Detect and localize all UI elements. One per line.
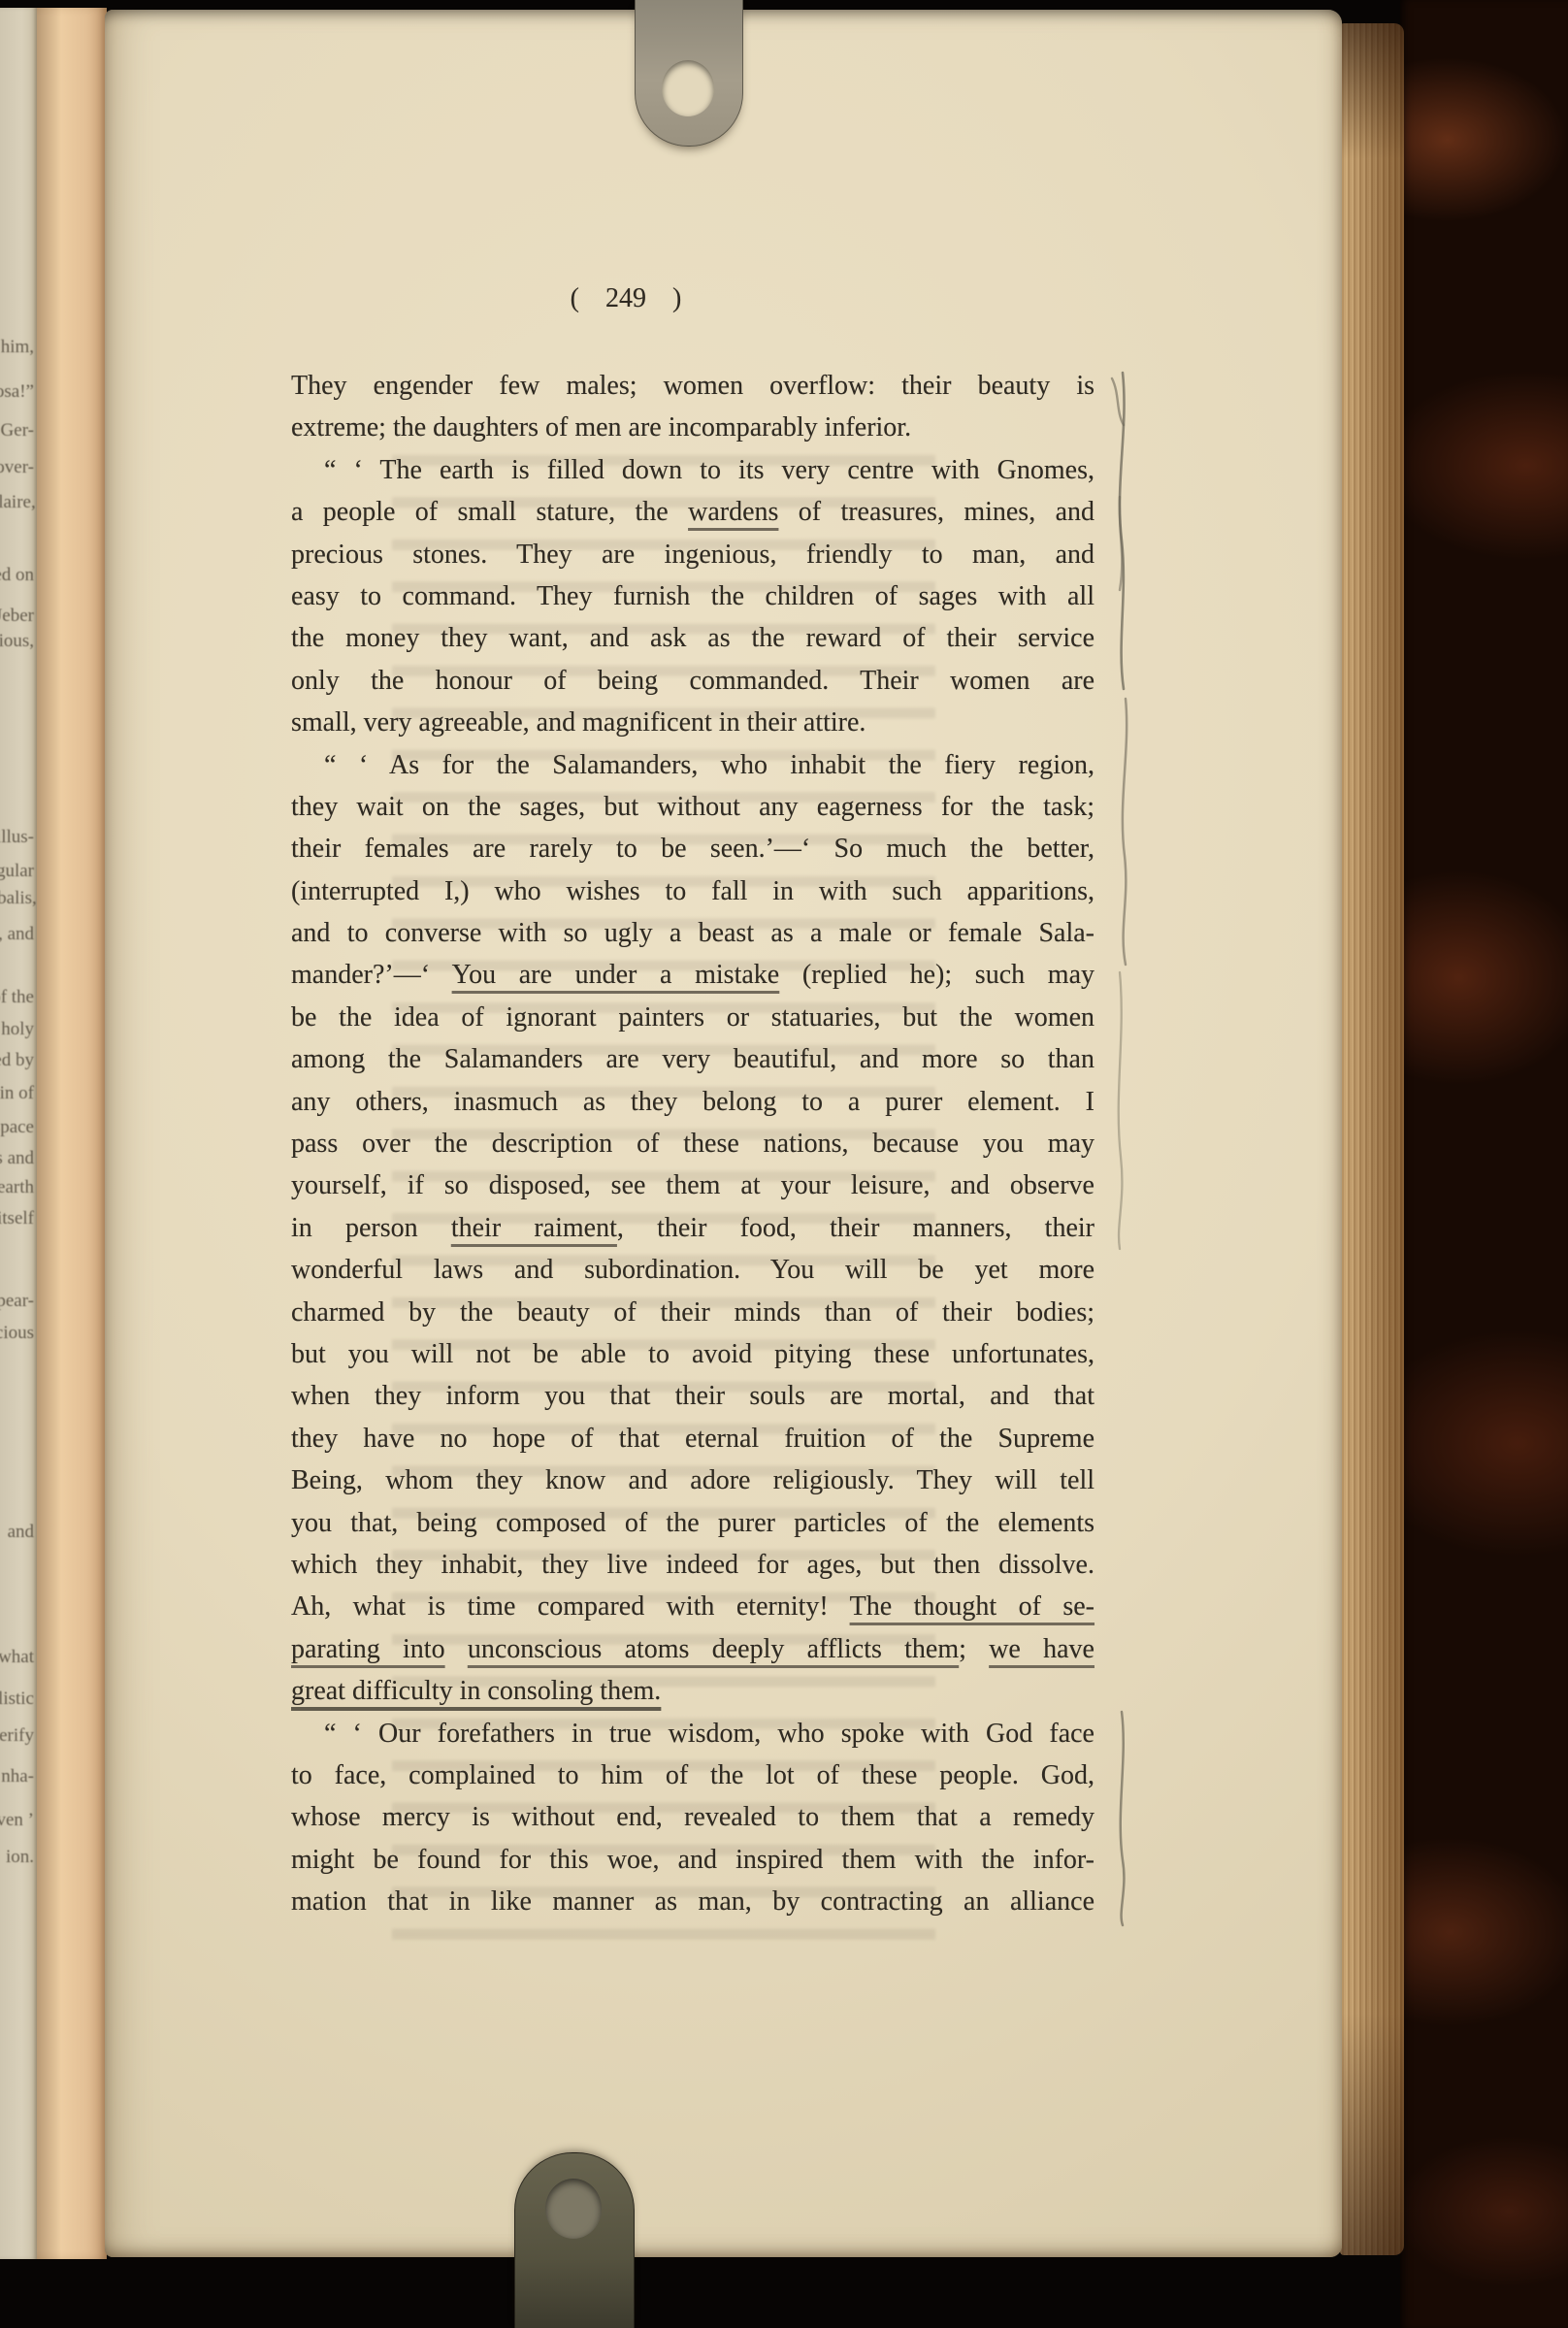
pencil-underlined-text: parating into bbox=[291, 1634, 445, 1664]
text-line-28: you that, being composed of the purer pa… bbox=[291, 1502, 1094, 1544]
text-line-27: Being, whom they know and adore religiou… bbox=[291, 1459, 1094, 1501]
text-segment: and to converse with so ugly a beast as … bbox=[291, 918, 1094, 948]
text-line-37: mation that in like manner as man, by co… bbox=[291, 1881, 1094, 1922]
text-segment: whose mercy is without end, revealed to … bbox=[291, 1802, 1094, 1832]
pencil-underlined-text: great difficulty in consoling them. bbox=[291, 1676, 661, 1706]
page-holder-clamp-bottom bbox=[514, 2152, 635, 2328]
text-segment: ; bbox=[959, 1634, 989, 1664]
text-line-34: to face, complained to him of the lot of… bbox=[291, 1754, 1094, 1796]
text-segment: of treasures, mines, and bbox=[778, 497, 1094, 527]
margin-pencil-mark bbox=[1119, 972, 1123, 1249]
text-line-18: any others, inasmuch as they belong to a… bbox=[291, 1081, 1094, 1123]
margin-pencil-mark bbox=[1112, 378, 1124, 425]
text-segment: (replied he); such may bbox=[779, 960, 1094, 990]
text-line-5: precious stones. They are ingenious, fri… bbox=[291, 534, 1094, 575]
facing-page-text-fragment: space bbox=[0, 1118, 34, 1137]
text-segment: Ah, what is time compared with eternity! bbox=[291, 1591, 850, 1622]
pencil-underlined-text: The thought of se- bbox=[850, 1591, 1094, 1622]
leather-cover-marbled bbox=[1400, 0, 1568, 2328]
text-segment: Being, whom they know and adore religiou… bbox=[291, 1465, 1094, 1495]
text-line-22: wonderful laws and subordination. You wi… bbox=[291, 1249, 1094, 1291]
text-line-31: parating into unconscious atoms deeply a… bbox=[291, 1628, 1094, 1670]
text-line-3: “ ‘ The earth is filled down to its very… bbox=[291, 449, 1094, 491]
text-line-15: mander?’—‘ You are under a mistake (repl… bbox=[291, 954, 1094, 996]
facing-page-text-fragment: Aulaire, bbox=[0, 493, 34, 512]
facing-page-text-fragment: ted by bbox=[0, 1051, 34, 1070]
facing-page-text-fragment: e Ger- bbox=[0, 421, 34, 441]
text-line-24: but you will not be able to avoid pityin… bbox=[291, 1333, 1094, 1375]
facing-page-text-fragment: erify bbox=[0, 1726, 34, 1746]
text-line-20: yourself, if so disposed, see them at yo… bbox=[291, 1164, 1094, 1206]
facing-page-text-fragment: earth bbox=[0, 1178, 34, 1197]
facing-page-text-fragment: ded on bbox=[0, 566, 34, 585]
text-segment: they wait on the sages, but without any … bbox=[291, 792, 1094, 822]
pencil-underlined-text: we have bbox=[989, 1634, 1094, 1664]
text-line-33: “ ‘ Our forefathers in true wisdom, who … bbox=[291, 1713, 1094, 1754]
text-line-4: a people of small stature, the wardens o… bbox=[291, 491, 1094, 533]
facing-page-text-fragment: trover- bbox=[0, 458, 34, 477]
text-segment: which they inhabit, they live indeed for… bbox=[291, 1550, 1094, 1580]
text-line-6: easy to command. They furnish the childr… bbox=[291, 575, 1094, 617]
text-segment: when they inform you that their souls ar… bbox=[291, 1381, 1094, 1411]
text-segment bbox=[445, 1634, 468, 1664]
text-segment: They engender few males; women overflow:… bbox=[291, 371, 1094, 401]
text-line-12: their females are rarely to be seen.’—‘ … bbox=[291, 828, 1094, 869]
clamp-hole bbox=[662, 60, 714, 116]
text-segment: “ ‘ Our forefathers in true wisdom, who … bbox=[324, 1719, 1094, 1749]
facing-page-text-fragment: e holy bbox=[0, 1020, 34, 1039]
facing-page-text-fragment: listic bbox=[0, 1689, 34, 1709]
text-line-1: They engender few males; women overflow:… bbox=[291, 365, 1094, 407]
text-segment: , their food, their manners, their bbox=[617, 1213, 1094, 1243]
facing-page-text-fragment: osa!” bbox=[0, 382, 34, 402]
text-segment: they have no hope of that eternal fruiti… bbox=[291, 1424, 1094, 1454]
facing-page-text-fragment: of the bbox=[0, 988, 34, 1007]
text-line-29: which they inhabit, they live indeed for… bbox=[291, 1544, 1094, 1586]
text-segment: precious stones. They are ingenious, fri… bbox=[291, 540, 1094, 570]
facing-page-text-fragment: ligious, bbox=[0, 632, 34, 651]
pencil-underlined-text: You are under a mistake bbox=[452, 960, 780, 990]
text-segment: might be found for this woe, and inspire… bbox=[291, 1845, 1094, 1875]
text-line-16: be the idea of ignorant painters or stat… bbox=[291, 997, 1094, 1038]
facing-page-text-fragment: pear- bbox=[0, 1292, 34, 1311]
text-line-2: extreme; the daughters of men are incomp… bbox=[291, 407, 1094, 448]
text-line-7: the money they want, and ask as the rewa… bbox=[291, 617, 1094, 659]
margin-pencil-mark bbox=[1121, 1712, 1125, 1925]
page-number: ( 249 ) bbox=[291, 283, 1096, 314]
text-segment: mander?’—‘ bbox=[291, 960, 452, 990]
text-segment: (interrupted I,) who wishes to fall in w… bbox=[291, 876, 1094, 906]
facing-page-text-fragment: nha- bbox=[0, 1767, 34, 1787]
facing-page-text-fragment: icious bbox=[0, 1324, 34, 1343]
text-segment: in person bbox=[291, 1213, 451, 1243]
text-segment: their females are rarely to be seen.’—‘ … bbox=[291, 834, 1094, 864]
text-segment: you that, being composed of the purer pa… bbox=[291, 1508, 1094, 1538]
facing-page-text-fragment: Gabalis, bbox=[0, 889, 34, 908]
text-segment: pass over the description of these natio… bbox=[291, 1129, 1094, 1159]
text-line-23: charmed by the beauty of their minds tha… bbox=[291, 1292, 1094, 1333]
text-line-14: and to converse with so ugly a beast as … bbox=[291, 912, 1094, 954]
facing-page-text-fragment: and bbox=[0, 1523, 34, 1542]
book-photograph: o him,osa!”e Ger-trover-Aulaire,ded on( … bbox=[0, 0, 1568, 2328]
text-line-17: among the Salamanders are very beautiful… bbox=[291, 1038, 1094, 1080]
margin-pencil-marks bbox=[1098, 361, 1157, 1943]
text-line-30: Ah, what is time compared with eternity!… bbox=[291, 1586, 1094, 1627]
facing-page-text-fragment: l illus- bbox=[0, 828, 34, 847]
facing-page-text-fragment: ( Ueber bbox=[0, 607, 34, 626]
text-line-9: small, very agreeable, and magnificent i… bbox=[291, 702, 1094, 743]
text-segment: extreme; the daughters of men are incomp… bbox=[291, 412, 911, 443]
text-segment: yourself, if so disposed, see them at yo… bbox=[291, 1170, 1094, 1200]
text-line-35: whose mercy is without end, revealed to … bbox=[291, 1796, 1094, 1838]
margin-pencil-mark bbox=[1123, 699, 1127, 965]
text-segment: but you will not be able to avoid pityin… bbox=[291, 1339, 1094, 1369]
facing-page-text-fragment: itself bbox=[0, 1209, 34, 1229]
text-segment: among the Salamanders are very beautiful… bbox=[291, 1044, 1094, 1074]
facing-page-text-fragment: o him, bbox=[0, 338, 34, 357]
page-text: They engender few males; women overflow:… bbox=[291, 365, 1094, 1922]
text-segment: a people of small stature, the bbox=[291, 497, 688, 527]
facing-page-text-fragment: what bbox=[0, 1648, 34, 1667]
facing-page-text-fragment: ingular bbox=[0, 862, 34, 881]
text-segment: wonderful laws and subordination. You wi… bbox=[291, 1255, 1094, 1285]
facing-page-sliver: o him,osa!”e Ger-trover-Aulaire,ded on( … bbox=[0, 8, 37, 2259]
text-segment: mation that in like manner as man, by co… bbox=[291, 1886, 1094, 1917]
pencil-underlined-text: their raiment bbox=[451, 1213, 617, 1243]
clamp-hole bbox=[545, 2179, 602, 2239]
text-line-32: great difficulty in consoling them. bbox=[291, 1670, 1094, 1712]
text-line-21: in person their raiment, their food, the… bbox=[291, 1207, 1094, 1249]
page-stack-fore-edge bbox=[1340, 23, 1404, 2255]
text-line-11: they wait on the sages, but without any … bbox=[291, 786, 1094, 828]
text-line-19: pass over the description of these natio… bbox=[291, 1123, 1094, 1164]
text-segment: “ ‘ The earth is filled down to its very… bbox=[324, 455, 1094, 485]
text-segment: easy to command. They furnish the childr… bbox=[291, 581, 1094, 611]
page-holder-clamp-top bbox=[635, 0, 743, 147]
text-line-10: “ ‘ As for the Salamanders, who inhabit … bbox=[291, 744, 1094, 786]
facing-page-text-fragment: ion. bbox=[0, 1848, 34, 1867]
text-line-26: they have no hope of that eternal fruiti… bbox=[291, 1418, 1094, 1459]
pencil-underlined-text: unconscious atoms deeply afflicts them bbox=[468, 1634, 959, 1664]
facing-page-text-fragment: ls and bbox=[0, 1149, 34, 1168]
text-line-25: when they inform you that their souls ar… bbox=[291, 1375, 1094, 1417]
text-line-36: might be found for this woe, and inspire… bbox=[291, 1839, 1094, 1881]
facing-page-text-fragment: iven ’ bbox=[0, 1811, 34, 1830]
text-segment: only the honour of being commanded. Thei… bbox=[291, 666, 1094, 696]
text-segment: charmed by the beauty of their minds tha… bbox=[291, 1297, 1094, 1328]
text-segment: small, very agreeable, and magnificent i… bbox=[291, 707, 866, 738]
text-line-8: only the honour of being commanded. Thei… bbox=[291, 660, 1094, 702]
facing-page-curled-edge bbox=[37, 8, 107, 2259]
facing-page-text-fragment: s, and bbox=[0, 925, 34, 944]
text-segment: the money they want, and ask as the rewa… bbox=[291, 623, 1094, 653]
pencil-underlined-text: wardens bbox=[688, 497, 778, 527]
text-segment: “ ‘ As for the Salamanders, who inhabit … bbox=[324, 750, 1094, 780]
text-segment: be the idea of ignorant painters or stat… bbox=[291, 1002, 1094, 1033]
text-line-13: (interrupted I,) who wishes to fall in w… bbox=[291, 870, 1094, 912]
text-segment: any others, inasmuch as they belong to a… bbox=[291, 1087, 1094, 1117]
facing-page-text-fragment: sin of bbox=[0, 1084, 34, 1103]
text-segment: to face, complained to him of the lot of… bbox=[291, 1760, 1094, 1790]
